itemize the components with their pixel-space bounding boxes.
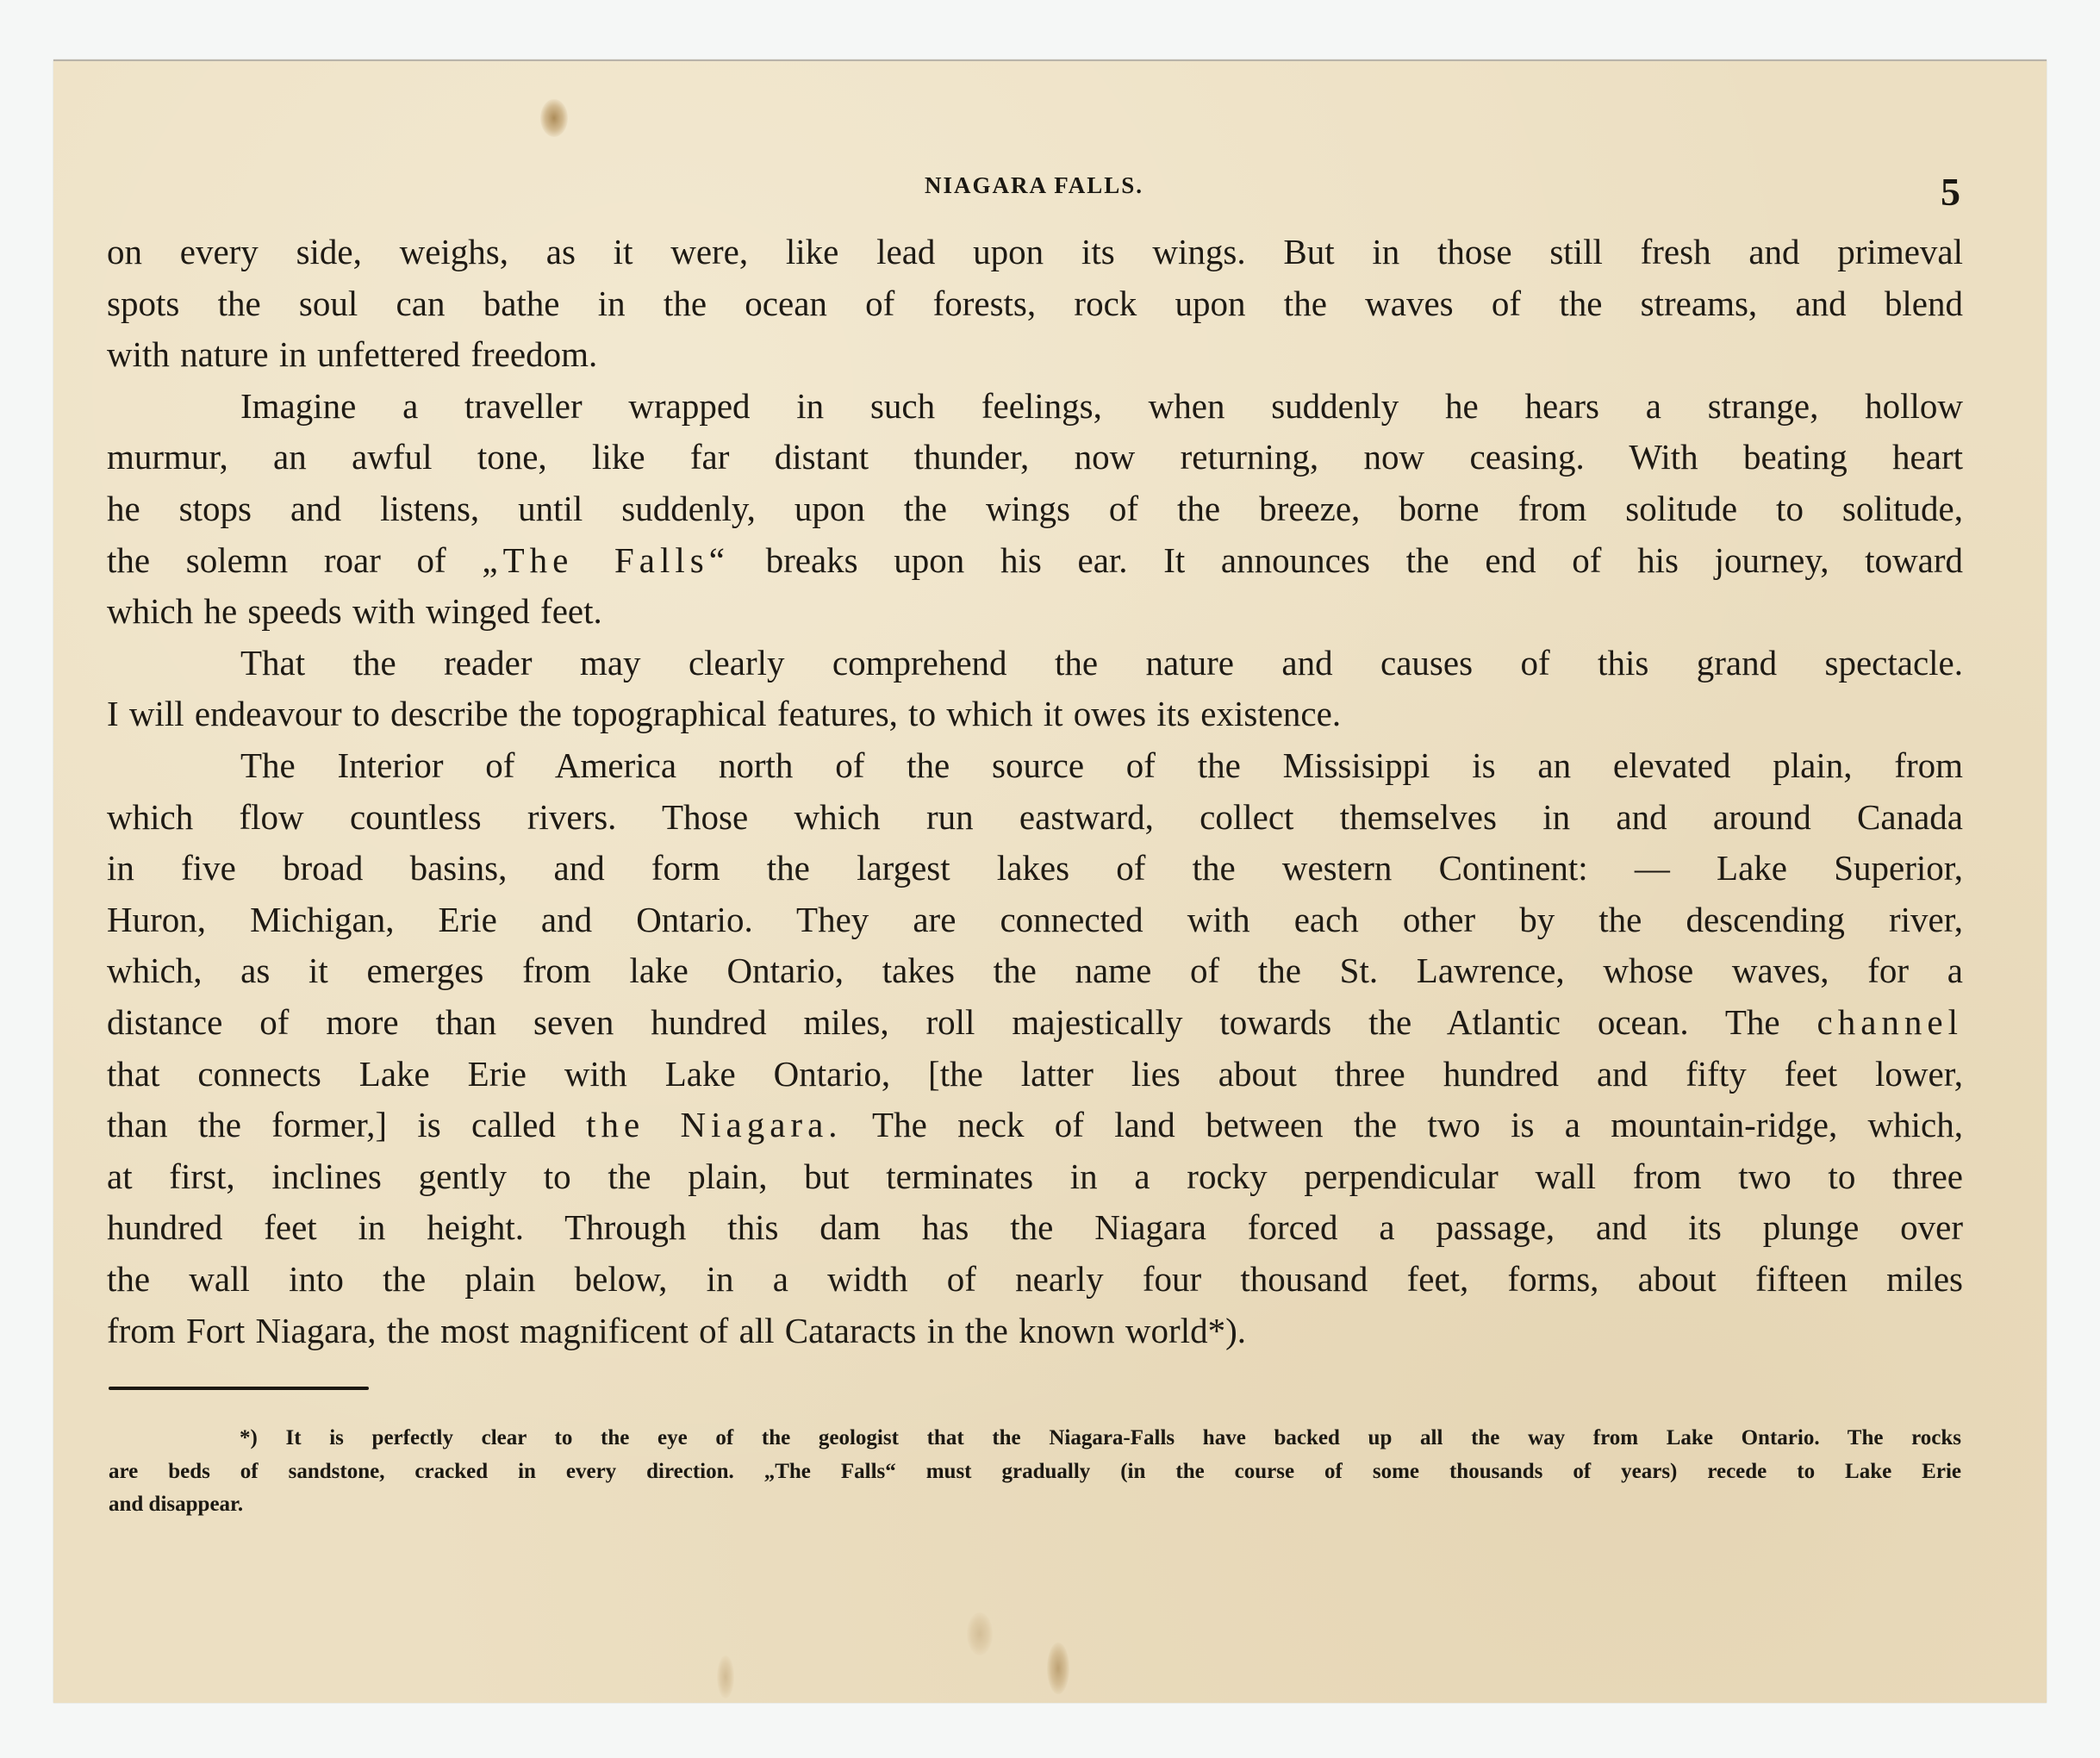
text-line: with nature in unfettered freedom. (107, 328, 1963, 380)
text-segment: the wall into the plain below, in a widt… (107, 1259, 1963, 1299)
running-head: NIAGARA FALLS. (896, 172, 1172, 199)
text-segment: with nature in unfettered freedom. (107, 334, 597, 374)
text-segment: hundred feet in height. Through this dam… (107, 1207, 1963, 1247)
footnote-line: *) It is perfectly clear to the eye of t… (109, 1422, 1961, 1455)
text-line: which, as it emerges from lake Ontario, … (107, 944, 1963, 996)
text-segment: than the former,] is called (107, 1105, 586, 1144)
text-line: which flow countless rivers. Those which… (107, 791, 1963, 843)
text-segment: that connects Lake Erie with Lake Ontari… (107, 1054, 1963, 1094)
text-segment: on every side, weighs, as it were, like … (107, 232, 1963, 271)
text-line: in five broad basins, and form the large… (107, 842, 1963, 894)
text-line: spots the soul can bathe in the ocean of… (107, 277, 1963, 329)
text-segment: which he speeds with winged feet. (107, 591, 602, 631)
text-line: on every side, weighs, as it were, like … (107, 226, 1963, 277)
text-line: than the former,] is called the Niagara.… (107, 1099, 1963, 1150)
text-segment: in five broad basins, and form the large… (107, 848, 1963, 888)
text-line: which he speeds with winged feet. (107, 585, 1963, 637)
text-segment: The neck of land between the two is a mo… (843, 1105, 1963, 1144)
footnote-rule (109, 1387, 369, 1390)
text-line: I will endeavour to describe the topogra… (107, 688, 1963, 739)
text-line: he stops and listens, until suddenly, up… (107, 483, 1963, 534)
text-segment: the solemn roar of (107, 540, 482, 580)
ink-stain (540, 99, 568, 137)
footnote-line: and disappear. (109, 1488, 1961, 1521)
text-segment: spots the soul can bathe in the ocean of… (107, 284, 1963, 323)
text-line: hundred feet in height. Through this dam… (107, 1201, 1963, 1253)
text-line: from Fort Niagara, the most magnificent … (107, 1305, 1963, 1356)
text-segment: which flow countless rivers. Those which… (107, 797, 1963, 837)
text-segment: breaks upon his ear. It announces the en… (730, 540, 1963, 580)
text-segment: That the reader may clearly comprehend t… (240, 643, 1963, 683)
emphasis-spaced: „The Falls“ (482, 540, 730, 580)
text-segment: which, as it emerges from lake Ontario, … (107, 951, 1963, 990)
footnote-line: are beds of sandstone, cracked in every … (109, 1456, 1961, 1488)
text-segment: murmur, an awful tone, like far distant … (107, 437, 1963, 477)
text-line: the wall into the plain below, in a widt… (107, 1253, 1963, 1305)
text-segment: The Interior of America north of the sou… (240, 745, 1963, 785)
emphasis-spaced: channel (1817, 1002, 1963, 1042)
text-segment: I will endeavour to describe the topogra… (107, 694, 1341, 733)
text-line: Huron, Michigan, Erie and Ontario. They … (107, 894, 1963, 945)
text-segment: Imagine a traveller wrapped in such feel… (240, 386, 1963, 426)
text-line: the solemn roar of „The Falls“ breaks up… (107, 534, 1963, 586)
text-line: That the reader may clearly comprehend t… (107, 637, 1963, 689)
text-line: murmur, an awful tone, like far distant … (107, 431, 1963, 483)
ink-stain (717, 1655, 734, 1699)
text-segment: at first, inclines gently to the plain, … (107, 1156, 1963, 1196)
text-line: at first, inclines gently to the plain, … (107, 1150, 1963, 1202)
ink-stain (1047, 1643, 1069, 1694)
text-line: distance of more than seven hundred mile… (107, 996, 1963, 1048)
text-segment: Huron, Michigan, Erie and Ontario. They … (107, 900, 1963, 939)
text-line: that connects Lake Erie with Lake Ontari… (107, 1048, 1963, 1100)
text-segment: from Fort Niagara, the most magnificent … (107, 1311, 1246, 1350)
text-segment: distance of more than seven hundred mile… (107, 1002, 1817, 1042)
ink-stain (967, 1612, 993, 1655)
emphasis-spaced: the Niagara. (586, 1105, 842, 1144)
text-line: Imagine a traveller wrapped in such feel… (107, 380, 1963, 432)
text-segment: he stops and listens, until suddenly, up… (107, 489, 1963, 528)
page-number: 5 (1941, 169, 1960, 215)
text-line: The Interior of America north of the sou… (107, 739, 1963, 791)
